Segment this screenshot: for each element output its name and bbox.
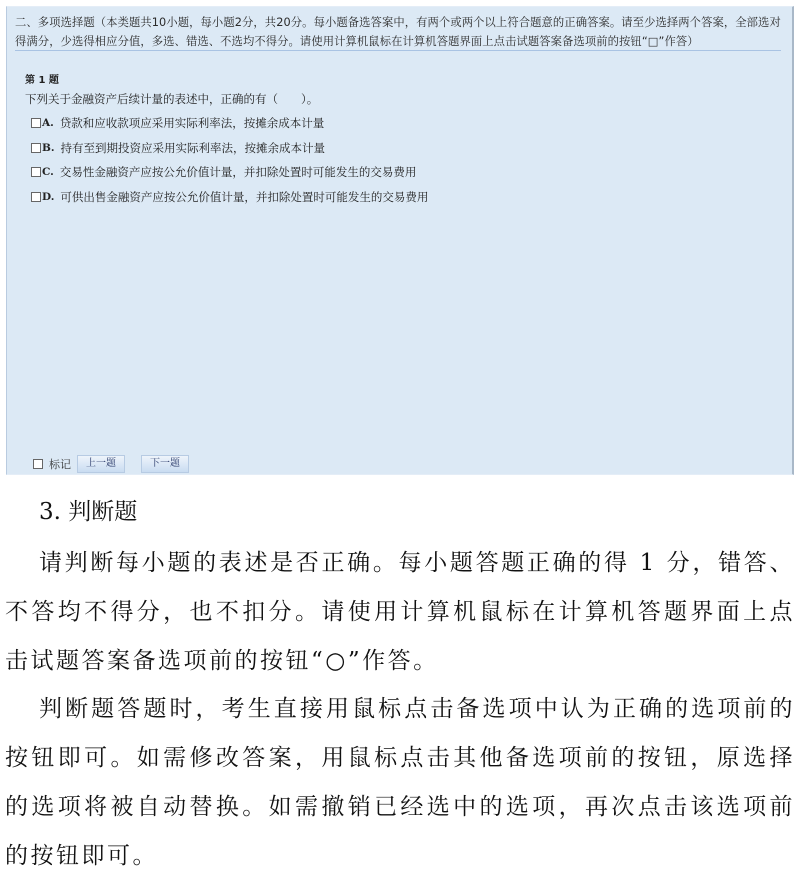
option-text: 可供出售金融资产应按公允价值计量，并扣除处置时可能发生的交易费用: [60, 189, 428, 205]
option-b-checkbox[interactable]: [31, 143, 41, 153]
option-c[interactable]: C. 交易性金融资产应按公允价值计量，并扣除处置时可能发生的交易费用: [31, 160, 428, 185]
paragraph: 判断题答题时，考生直接用鼠标点击备选项中认为正确的选项前的按钮即可。如需修改答案…: [5, 685, 795, 881]
next-question-button[interactable]: 下一题: [141, 455, 189, 473]
paragraph: 请判断每小题的表述是否正确。每小题答题正确的得 1 分，错答、不答均不得分，也不…: [5, 539, 795, 686]
option-letter: D.: [42, 191, 54, 203]
prev-question-button[interactable]: 上一题: [77, 455, 125, 473]
option-a[interactable]: A. 贷款和应收款项应采用实际利率法，按摊余成本计量: [31, 111, 428, 136]
exam-question-panel: 二、多项选择题（本类题共10小题，每小题2分，共20分。每小题备选答案中，有两个…: [6, 6, 794, 475]
option-letter: B.: [42, 142, 55, 154]
option-d[interactable]: D. 可供出售金融资产应按公允价值计量，并扣除处置时可能发生的交易费用: [31, 185, 428, 210]
option-text: 交易性金融资产应按公允价值计量，并扣除处置时可能发生的交易费用: [60, 164, 417, 180]
section-heading: 3. 判断题: [39, 493, 137, 526]
header-divider: [15, 50, 781, 51]
option-a-checkbox[interactable]: [31, 118, 41, 128]
option-text: 贷款和应收款项应采用实际利率法，按摊余成本计量: [60, 115, 325, 131]
section-instructions: 二、多项选择题（本类题共10小题，每小题2分，共20分。每小题备选答案中，有两个…: [15, 13, 785, 51]
option-b[interactable]: B. 持有至到期投资应采用实际利率法，按摊余成本计量: [31, 136, 428, 161]
mark-label: 标记: [49, 456, 71, 472]
option-letter: A.: [42, 117, 54, 129]
option-text: 持有至到期投资应采用实际利率法，按摊余成本计量: [61, 140, 326, 156]
option-c-checkbox[interactable]: [31, 167, 41, 177]
question-stem: 下列关于金融资产后续计量的表述中，正确的有（ ）。: [25, 91, 318, 107]
question-number: 第 1 题: [25, 71, 59, 86]
option-letter: C.: [42, 166, 54, 178]
mark-checkbox[interactable]: [33, 459, 43, 469]
option-d-checkbox[interactable]: [31, 192, 41, 202]
options-list: A. 贷款和应收款项应采用实际利率法，按摊余成本计量 B. 持有至到期投资应采用…: [31, 111, 428, 209]
question-footer: 标记 上一题 下一题: [33, 455, 205, 473]
